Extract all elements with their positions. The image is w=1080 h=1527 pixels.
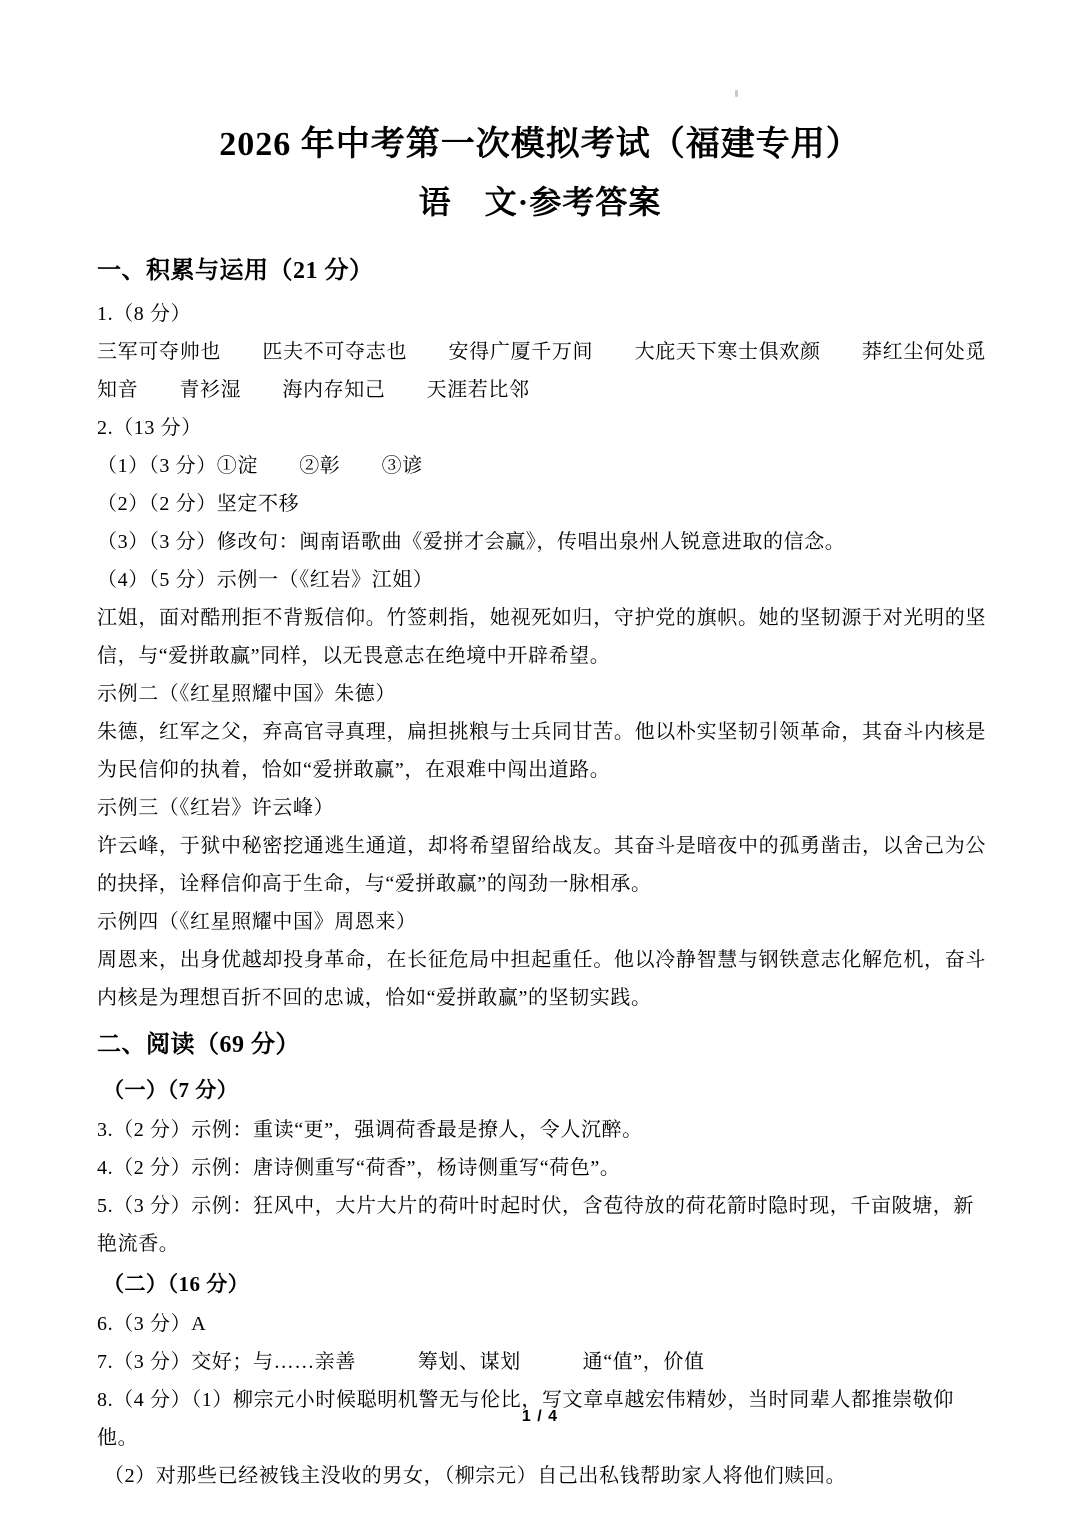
answer-line: （4）（5 分）示例一（《红岩》江姐） bbox=[97, 561, 986, 599]
answer-paragraph: 周恩来，出身优越却投身革命，在长征危局中担起重任。他以冷静智慧与钢铁意志化解危机… bbox=[97, 941, 986, 1017]
answer-line: 7.（3 分）交好；与……亲善 筹划、谋划 通“值”，价值 bbox=[97, 1343, 986, 1381]
answer-paragraph: 许云峰，于狱中秘密挖通逃生通道，却将希望留给战友。其奋斗是暗夜中的孤勇凿击，以舍… bbox=[97, 827, 986, 903]
answer-line: 2.（13 分） bbox=[97, 409, 986, 447]
answer-line: （2）对那些已经被钱主没收的男女，（柳宗元）自己出私钱帮助家人将他们赎回。 bbox=[97, 1457, 986, 1495]
answer-paragraph: 三军可夺帅也 匹夫不可夺志也 安得广厦千万间 大庇天下寒士俱欢颜 莽红尘何处觅知… bbox=[97, 333, 986, 409]
answer-line: 3.（2 分）示例：重读“更”，强调荷香最是撩人，令人沉醉。 bbox=[97, 1111, 986, 1149]
answer-line: （3）（3 分）修改句：闽南语歌曲《爱拼才会赢》，传唱出泉州人锐意进取的信念。 bbox=[97, 523, 986, 561]
answer-line: （1）（3 分）①淀 ②彰 ③谚 bbox=[97, 447, 986, 485]
stray-mark bbox=[735, 90, 738, 97]
subsection-heading: （二）（16 分） bbox=[97, 1263, 986, 1305]
answer-paragraph: 江姐，面对酷刑拒不背叛信仰。竹签刺指，她视死如归，守护党的旗帜。她的坚韧源于对光… bbox=[97, 599, 986, 675]
answer-line: 示例三（《红岩》许云峰） bbox=[97, 789, 986, 827]
section-heading: 二、阅读（69 分） bbox=[97, 1017, 986, 1069]
answer-line: 1.（8 分） bbox=[97, 295, 986, 333]
page-number: 1 / 4 bbox=[0, 1408, 1080, 1426]
answer-line: （2）（2 分）坚定不移 bbox=[97, 485, 986, 523]
answer-line: 示例二（《红星照耀中国》朱德） bbox=[97, 675, 986, 713]
answer-line: 5.（3 分）示例：狂风中，大片大片的荷叶时起时伏，含苞待放的荷花箭时隐时现，千… bbox=[97, 1187, 986, 1263]
answer-line: 6.（3 分）A bbox=[97, 1305, 986, 1343]
answer-line: 4.（2 分）示例：唐诗侧重写“荷香”，杨诗侧重写“荷色”。 bbox=[97, 1149, 986, 1187]
section-heading: 一、积累与运用（21 分） bbox=[97, 243, 986, 295]
document-subtitle: 语 文·参考答案 bbox=[0, 182, 1080, 224]
answer-paragraph: 朱德，红军之父，弃高官寻真理，扁担挑粮与士兵同甘苦。他以朴实坚韧引领革命，其奋斗… bbox=[97, 713, 986, 789]
answer-content: 一、积累与运用（21 分）1.（8 分）三军可夺帅也 匹夫不可夺志也 安得广厦千… bbox=[0, 243, 1080, 1495]
subsection-heading: （一）（7 分） bbox=[97, 1069, 986, 1111]
answer-line: 示例四（《红星照耀中国》周恩来） bbox=[97, 903, 986, 941]
document-title: 2026 年中考第一次模拟考试（福建专用） bbox=[0, 0, 1080, 168]
document-page: 2026 年中考第一次模拟考试（福建专用） 语 文·参考答案 一、积累与运用（2… bbox=[0, 0, 1080, 1527]
